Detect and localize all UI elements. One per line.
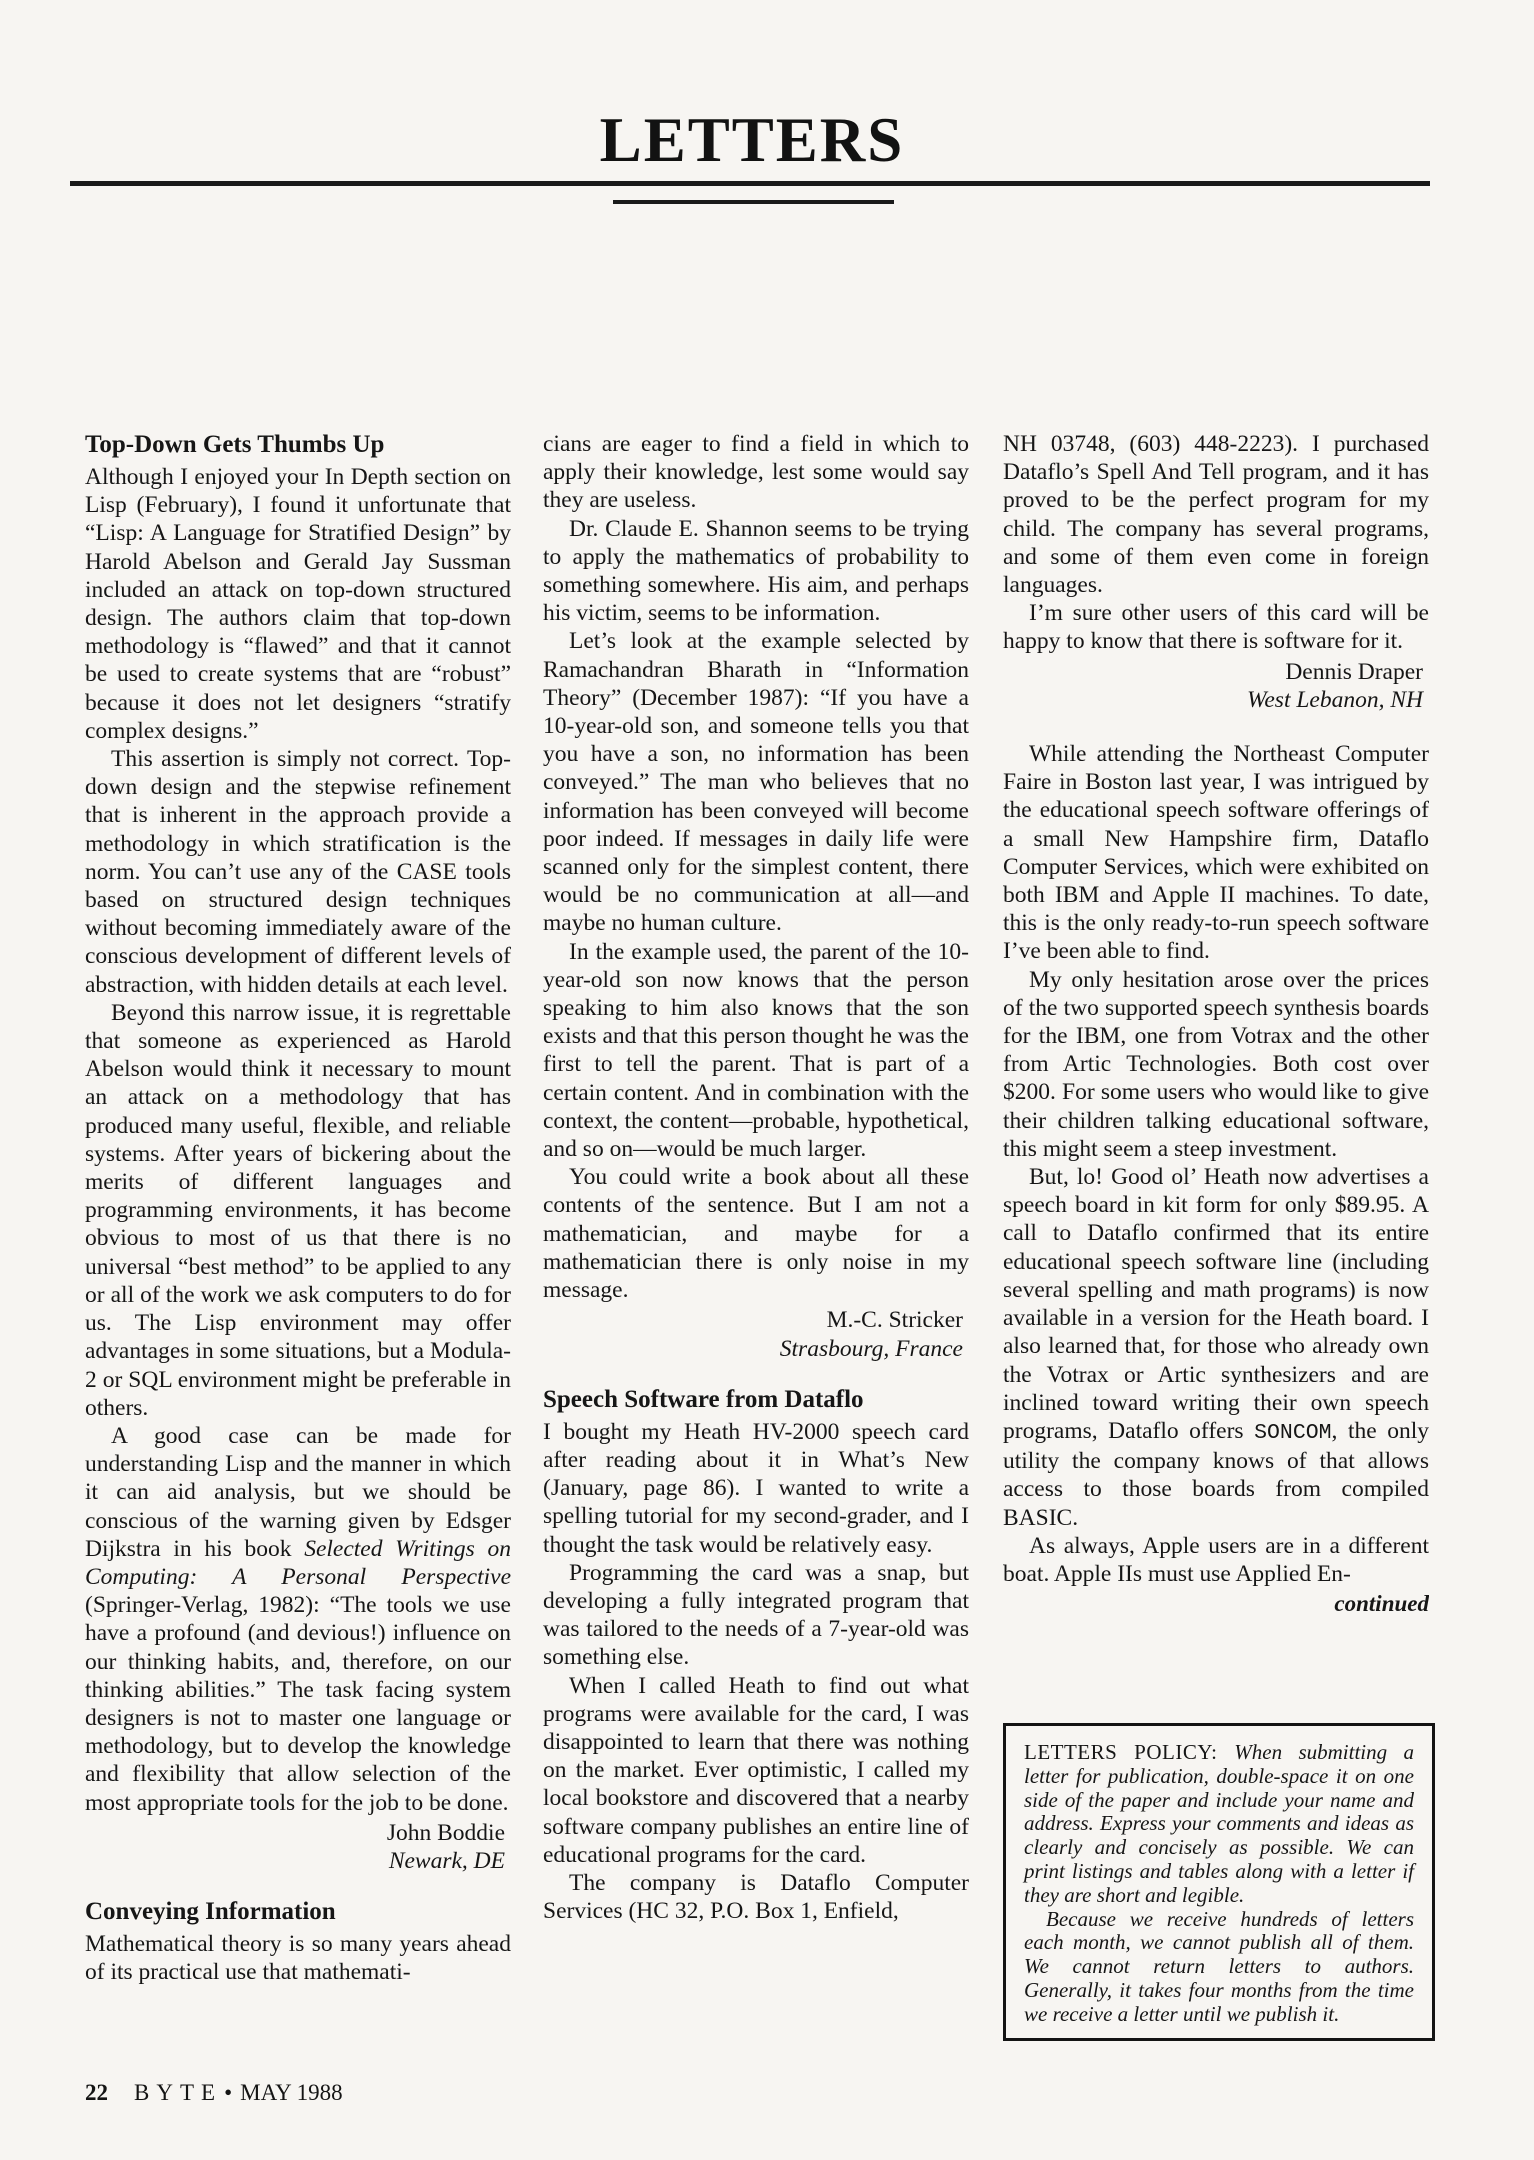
paragraph: Beyond this narrow issue, it is regretta… <box>85 999 511 1422</box>
masthead-rule-full <box>70 181 1430 186</box>
text-segment: While attending the Northeast Computer F… <box>1003 741 1429 964</box>
letters-policy-box: LETTERS POLICY: When submitting a letter… <box>1003 1723 1435 2041</box>
text-segment: The company is Dataflo Computer Services… <box>543 1870 969 1924</box>
signature: John BoddieNewark, DE <box>85 1819 505 1875</box>
text-segment: LETTERS POLICY: <box>1024 1740 1234 1764</box>
text-segment: When I called Heath to find out what pro… <box>543 1673 969 1868</box>
text-segment: Let’s look at the example selected by Ra… <box>543 628 969 936</box>
signature-place: West Lebanon, NH <box>1003 686 1423 714</box>
paragraph: A good case can be made for understandin… <box>85 1422 511 1817</box>
signature-name: John Boddie <box>85 1819 505 1847</box>
paragraph: Mathematical theory is so many years ahe… <box>85 1930 511 1986</box>
issue-date: MAY 1988 <box>240 2080 342 2105</box>
text-segment: When submitting a letter for publication… <box>1024 1740 1414 1907</box>
paragraph: Although I enjoyed your In Depth section… <box>85 463 511 745</box>
column-middle: cians are eager to find a field in which… <box>543 430 969 2062</box>
signature-place: Newark, DE <box>85 1847 505 1875</box>
paragraph: As always, Apple users are in a differen… <box>1003 1532 1429 1588</box>
paragraph: The company is Dataflo Computer Services… <box>543 1869 969 1925</box>
text-segment: Mathematical theory is so many years ahe… <box>85 1931 511 1985</box>
column-left: Top-Down Gets Thumbs UpAlthough I enjoye… <box>85 430 511 2062</box>
paragraph: In the example used, the parent of the 1… <box>543 938 969 1164</box>
policy-paragraph: LETTERS POLICY: When submitting a letter… <box>1024 1741 1414 1908</box>
magazine-page: LETTERS Top-Down Gets Thumbs UpAlthough … <box>0 0 1534 2160</box>
text-segment: SONCOM <box>1254 1421 1331 1445</box>
text-segment: In the example used, the parent of the 1… <box>543 939 969 1162</box>
paragraph: NH 03748, (603) 448-2223). I purchased D… <box>1003 430 1429 599</box>
paragraph: But, lo! Good ol’ Heath now advertises a… <box>1003 1163 1429 1532</box>
continued-marker: continued <box>1003 1590 1429 1618</box>
paragraph: Programming the card was a snap, but dev… <box>543 1559 969 1672</box>
text-segment: This assertion is simply not correct. To… <box>85 746 511 998</box>
paragraph: Dr. Claude E. Shannon seems to be trying… <box>543 515 969 628</box>
page-footer: 22BYTE•MAY 1988 <box>85 2080 343 2106</box>
footer-bullet: • <box>224 2080 232 2105</box>
signature-name: Dennis Draper <box>1003 658 1423 686</box>
paragraph: I bought my Heath HV-2000 speech card af… <box>543 1418 969 1559</box>
signature-name: M.-C. Stricker <box>543 1306 963 1334</box>
text-segment: Programming the card was a snap, but dev… <box>543 1560 969 1671</box>
paragraph: While attending the Northeast Computer F… <box>1003 740 1429 966</box>
paragraph: My only hesitation arose over the prices… <box>1003 966 1429 1163</box>
text-segment: As always, Apple users are in a differen… <box>1003 1533 1429 1587</box>
text-segment: I bought my Heath HV-2000 speech card af… <box>543 1419 969 1558</box>
page-title: LETTERS <box>0 104 1504 177</box>
paragraph: I’m sure other users of this card will b… <box>1003 599 1429 655</box>
text-segment: My only hesitation arose over the prices… <box>1003 967 1429 1162</box>
policy-paragraph: Because we receive hundreds of letters e… <box>1024 1908 1414 2027</box>
text-segment: Because we receive hundreds of letters e… <box>1024 1907 1414 2026</box>
letter-heading: Speech Software from Dataflo <box>543 1385 969 1415</box>
text-segment: Although I enjoyed your In Depth section… <box>85 464 511 744</box>
text-segment: You could write a book about all these c… <box>543 1164 969 1303</box>
text-segment: Dr. Claude E. Shannon seems to be trying… <box>543 516 969 627</box>
text-segment: (Springer-Verlag, 1982): “The tools we u… <box>85 1592 511 1815</box>
paragraph: Let’s look at the example selected by Ra… <box>543 627 969 937</box>
text-segment: Beyond this narrow issue, it is regretta… <box>85 1000 511 1421</box>
text-segment: cians are eager to find a field in which… <box>543 431 969 513</box>
signature: Dennis DraperWest Lebanon, NH <box>1003 658 1423 714</box>
signature: M.-C. StrickerStrasbourg, France <box>543 1306 963 1362</box>
text-segment: I’m sure other users of this card will b… <box>1003 600 1429 654</box>
letter-heading: Conveying Information <box>85 1897 511 1927</box>
masthead-rule-short <box>613 200 894 204</box>
paragraph: cians are eager to find a field in which… <box>543 430 969 515</box>
page-number: 22 <box>85 2080 108 2105</box>
paragraph: You could write a book about all these c… <box>543 1163 969 1304</box>
magazine-name: BYTE <box>134 2080 222 2105</box>
letter-heading: Top-Down Gets Thumbs Up <box>85 430 511 460</box>
signature-place: Strasbourg, France <box>543 1335 963 1363</box>
paragraph: This assertion is simply not correct. To… <box>85 745 511 999</box>
paragraph: When I called Heath to find out what pro… <box>543 1672 969 1869</box>
text-segment: NH 03748, (603) 448-2223). I purchased D… <box>1003 431 1429 598</box>
text-segment: But, lo! Good ol’ Heath now advertises a… <box>1003 1164 1429 1444</box>
